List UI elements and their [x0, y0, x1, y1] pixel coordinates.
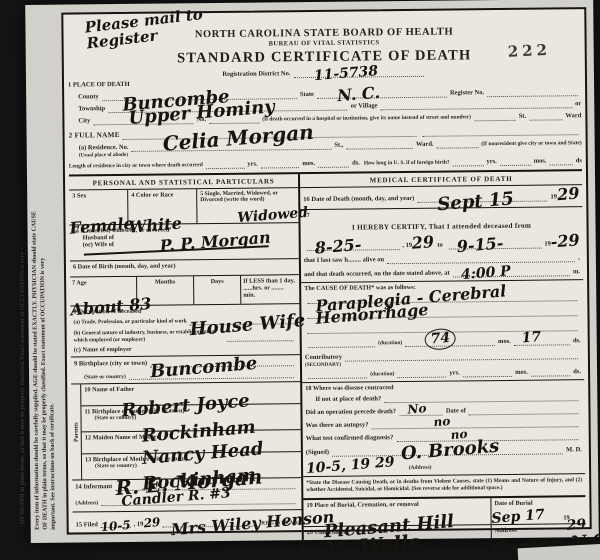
register-no-line	[487, 87, 578, 97]
last-saw-line	[387, 253, 575, 264]
informant-address-label: (Address)	[75, 500, 98, 507]
township-or-label: or	[575, 100, 581, 108]
contracted-label-2: If not at place of death?	[315, 395, 381, 403]
footnote: *State the Disease Causing Death, or in …	[303, 474, 585, 500]
state-label: State	[300, 91, 314, 99]
columns: PERSONAL AND STATISTICAL PARTICULARS 3 S…	[69, 169, 586, 555]
foreign-mos-label: mos.	[534, 158, 547, 166]
length-mos-label: mos.	[302, 160, 315, 168]
certificate-number-stamp: 222	[507, 41, 551, 61]
registrar-line: Mrs Wiley Henson	[163, 518, 258, 528]
city-ward-line	[529, 111, 562, 120]
operation-label: Did an operation precede death?	[305, 408, 396, 417]
duration2-ds-line	[531, 367, 570, 376]
race-cell: 4 Color or Race White	[128, 189, 197, 224]
autopsy-value: no	[433, 416, 450, 427]
autopsy-label: Was there an autopsy?	[306, 421, 369, 429]
race-value: White	[128, 217, 182, 235]
parents-vertical-label: Parents	[73, 422, 79, 442]
filed-year-printed: , 19	[134, 520, 144, 528]
informant-label: 14 Informant	[75, 484, 112, 492]
cause-line-2: Hemorrhage	[307, 307, 577, 319]
date-of-death-line: Sept 15	[417, 192, 547, 202]
certificate-paper: Every item of information should be care…	[25, 0, 599, 543]
father-name-cell: 10 Name of Father Robert Joyce	[81, 382, 300, 406]
autopsy-line: no	[371, 418, 578, 429]
md-label: M. D.	[566, 446, 582, 454]
burial-date-cell: Date of Burial Sep 17 19 29	[491, 497, 585, 524]
date-of-death-value: Sept 15	[437, 192, 515, 213]
length-ds-label: ds.	[352, 160, 360, 168]
death-time-line: 4:00 P	[453, 267, 570, 277]
father-name-label: 10 Name of Father	[84, 386, 134, 394]
duration2-lead-line	[308, 369, 367, 379]
city-st-label: St.	[519, 113, 526, 121]
burial-row: 19 Place of Burial, Cremation, or remova…	[303, 497, 585, 527]
duration2-yrs-line	[397, 368, 446, 378]
duration-label: (duration)	[378, 340, 402, 347]
dob-label: 6 Date of Birth (month, day, and year)	[73, 262, 176, 270]
length-residence-label: Length of residence in city or town wher…	[69, 163, 203, 171]
contracted-label-1: 18 Where was disease contracted	[305, 382, 581, 392]
informant-address-value: Candler R. #3	[121, 488, 231, 509]
operation-value: No	[407, 404, 427, 416]
residence-ward-label: Ward.	[416, 141, 434, 149]
birthplace-cell: 9 Birthplace (city or town) Buncombe (St…	[71, 355, 300, 384]
state-value: N. C.	[336, 86, 380, 103]
days-label: Days	[211, 278, 224, 285]
spouse-value: P. P. Morgan	[159, 231, 271, 253]
parents-block: Parents 10 Name of Father Robert Joyce 1…	[71, 382, 301, 480]
length-ds-line	[318, 159, 349, 168]
certificate-title: STANDARD CERTIFICATE OF DEATH	[68, 46, 581, 68]
birthplace-line: Buncombe	[150, 357, 294, 368]
reg-district-label: Registration District No.	[222, 70, 290, 79]
foreign-ds-line	[549, 156, 572, 165]
county-label: County	[78, 93, 99, 101]
date-of-death-year-value: 29	[556, 186, 579, 201]
birthplace-label: 9 Birthplace (city or town)	[74, 360, 147, 369]
personal-column: PERSONAL AND STATISTICAL PARTICULARS 3 S…	[69, 174, 304, 555]
days-cell: Days	[194, 276, 241, 304]
sex-race-marital-row: 3 Sex Female 4 Color or Race White 5 Sin…	[69, 188, 298, 225]
place-of-death-label: 1 PLACE OF DEATH	[68, 81, 130, 89]
reg-district-line: 11-5738	[293, 68, 423, 78]
filed-label: 15 Filed	[76, 521, 98, 529]
age-row: 7 Age About 83 Months Days If LESS than …	[70, 275, 299, 306]
length-mos-line	[261, 159, 300, 168]
attended-to-value: 9-15-	[456, 236, 504, 253]
foreign-mos-line	[500, 157, 531, 166]
foreign-yrs-line	[453, 157, 484, 166]
last-saw-comma: ,	[578, 254, 580, 262]
certificate-form: Please mail to Register 222 NORTH CAROLI…	[61, 7, 591, 534]
attended-from-value: 8-25-	[314, 238, 362, 255]
scan-background: OF DEATH in plain terms, so that it may …	[0, 0, 600, 560]
foreign-birth-label: How long in U. S. if of foreign birth?	[364, 160, 450, 167]
signed-line: O. Brooks	[332, 445, 563, 456]
city-label: City	[78, 117, 90, 125]
burial-date-value: Sep 17	[491, 510, 545, 526]
cause-of-death-cell: The CAUSE OF DEATH* was as follows: Para…	[301, 280, 584, 383]
form-header: Please mail to Register 222 NORTH CAROLI…	[67, 11, 581, 80]
duration-ds-line: 17	[514, 336, 570, 346]
contributory-label: Contributory	[305, 354, 342, 362]
duration-yrs-line: 74	[405, 337, 495, 347]
undertaker-address-label: Address	[495, 527, 517, 534]
age-cell: 7 Age About 83	[70, 277, 137, 306]
duration2-yrs-label: yrs.	[450, 369, 460, 377]
death-occurred-label: and that death occurred, on the date sta…	[304, 269, 450, 278]
duration2-mos-label: mos.	[515, 369, 528, 377]
year1-printed: , 19	[402, 242, 412, 250]
full-name-label: 2 FULL NAME	[69, 131, 120, 140]
attended-to-line: 9-15-	[449, 239, 542, 249]
duration2-mos-line	[463, 368, 512, 378]
sign-address-label: (Address)	[409, 465, 432, 472]
certify-statement: I HEREBY CERTIFY, That I attended deceas…	[304, 221, 580, 232]
duration2-ds-label: ds.	[573, 368, 581, 376]
burial-date-label: Date of Burial	[494, 500, 532, 507]
disease-contracted-cell: 18 Where was disease contracted If not a…	[302, 380, 585, 477]
parents-rows: 10 Name of Father Robert Joyce 11 Birthp…	[81, 382, 301, 479]
occupation-trade-line: House Wife	[190, 315, 294, 325]
less-than-day-label: If LESS than 1 day, ......hrs. or ......…	[243, 277, 295, 299]
birthplace-state-label: (State or country)	[84, 374, 126, 381]
operation-date-line	[469, 405, 579, 415]
months-label: Months	[155, 278, 175, 285]
foreign-ds-label: ds	[576, 157, 582, 165]
occupation-employer-label: (c) Name of employer	[74, 344, 297, 353]
filed-date-value: 10-5	[101, 520, 132, 533]
sex-label: 3 Sex	[72, 192, 86, 199]
margin-instructions: Every item of information should be care…	[28, 14, 63, 530]
state-line: N. C.	[317, 88, 447, 98]
medical-column: MEDICAL CERTIFICATE OF DEATH 16 Date of …	[300, 171, 586, 553]
filed-year-value: 29	[143, 517, 160, 528]
duration-lead-line	[308, 338, 375, 348]
date-of-death-cell: 16 Date of Death (month, day, and year) …	[300, 185, 582, 210]
attended-from-line: 8-25-	[307, 241, 400, 251]
informant-address-line: Candler R. #3	[101, 495, 295, 506]
full-name-line: Celia Morgan	[123, 128, 416, 140]
sign-date-value: 10-5, 19 29	[306, 457, 395, 476]
date-of-death-label: 16 Date of Death (month, day, and year)	[303, 195, 414, 204]
duration2-label: (duration)	[370, 371, 394, 378]
length-yrs-label: yrs.	[247, 161, 257, 169]
death-time-value: 4:00 P	[460, 266, 511, 282]
year2-value: -29	[550, 233, 580, 249]
residence-st-label: St.,	[334, 142, 343, 150]
residence-ward-line	[437, 139, 479, 148]
filed-date-line: 10-5	[101, 519, 131, 528]
year1-value: 29	[412, 235, 435, 250]
abode-note: (Usual place of abode)	[79, 152, 128, 159]
duration-ds-label: ds.	[573, 337, 581, 345]
city-ward-label: Ward	[565, 112, 581, 120]
death-time-m-label: m.	[573, 268, 580, 276]
signed-label: (Signed)	[306, 449, 329, 457]
marital-cell: 5 Single, Married, Widowed, or Divorced …	[197, 188, 298, 223]
occupation-trade-label: (a) Trade, Profession, or particular kin…	[73, 319, 186, 327]
register-no-label: Register No.	[450, 89, 484, 97]
duration-mos-label: mos.	[498, 338, 511, 346]
city-st-line	[474, 112, 516, 121]
date-of-death-year-printed: 19	[550, 193, 557, 201]
village-line	[380, 99, 572, 110]
age-label: 7 Age	[72, 279, 87, 286]
marital-label: 5 Single, Married, Widowed, or Divorced …	[200, 190, 278, 203]
attended-to-label: to	[437, 241, 443, 249]
race-label: 4 Color or Race	[131, 191, 173, 198]
cause-line-1: Paraplegia - Cerebral	[307, 292, 577, 304]
filed-cell: 15 Filed 10-5 , 19 29 Mrs Wiley Henson R…	[73, 510, 302, 537]
sex-cell: 3 Sex Female	[69, 190, 128, 225]
certify-cell: 17 I HEREBY CERTIFY, That I attended dec…	[300, 207, 583, 283]
informant-cell: 14 Informant R. E. Morgan (Address) Cand…	[72, 478, 301, 512]
undertaker-value: M. Wells	[323, 534, 420, 559]
full-name-line-2	[422, 126, 579, 137]
foreign-yrs-label: yrs.	[486, 158, 496, 166]
less-than-day-cell: If LESS than 1 day, ......hrs. or ......…	[241, 275, 299, 304]
sex-value: Female	[69, 217, 134, 236]
length-yrs-line	[206, 160, 245, 169]
township-label: Township	[78, 105, 105, 113]
duration-ds-value: 17	[521, 332, 541, 345]
test-label: What test confirmed diagnosis?	[306, 434, 394, 443]
